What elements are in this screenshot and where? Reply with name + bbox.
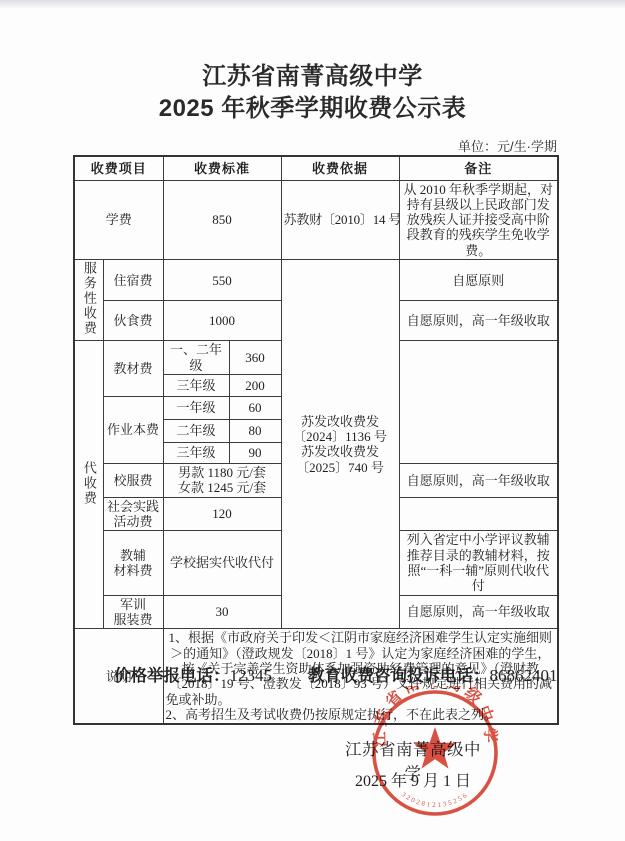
cell-uniform-value: 男款 1180 元/套 女款 1245 元/套 [163, 464, 281, 498]
cell-workbook-name: 作业本费 [103, 397, 163, 464]
cell-practice-value: 120 [163, 497, 281, 531]
cell-meals-value: 1000 [163, 301, 281, 341]
cell-remark-empty-practice [399, 497, 558, 531]
fee-disclosure-document: 江苏省南菁高级中学 2025 年秋季学期收费公示表 单位：元/生·学期 收费项目… [0, 0, 625, 841]
cell-workbook-grade2-value: 80 [229, 420, 281, 443]
cell-lodging-remark: 自愿原则 [399, 260, 558, 301]
cell-practice-name: 社会实践 活动费 [103, 497, 163, 531]
cell-tuition-remark: 从 2010 年秋季学期起，对持有县级以上民政部门发放残疾人证并接受高中阶段教育… [399, 180, 558, 260]
service-group-label: 服务性收费 [82, 261, 96, 336]
unit-note: 单位：元/生·学期 [73, 136, 557, 155]
cell-military-remark: 自愿原则，高一年级收取 [399, 595, 558, 629]
header-remark: 备注 [399, 156, 558, 180]
cell-military-name: 军训 服装费 [103, 595, 163, 629]
header-basis: 收费依据 [281, 156, 399, 180]
header-item: 收费项目 [74, 156, 163, 180]
cell-workbook-grade1: 一年级 [163, 397, 229, 420]
cell-workbook-grade3-value: 90 [229, 443, 281, 464]
cell-remark-empty-books [399, 341, 558, 464]
cell-agency-group: 代收费 [74, 341, 103, 629]
cell-supplementary-remark: 列入省定中小学评议教辅推荐目录的教辅材料，按照“一科一辅”原则代收代付 [399, 531, 558, 595]
table-row-lodging: 服务性收费 住宿费 550 苏发改收费发 〔2024〕1136 号 苏发改收费发… [74, 260, 558, 301]
document-title: 2025 年秋季学期收费公示表 [0, 88, 625, 123]
edu-hotline: 教育收费咨询投诉电话：86862401 [308, 662, 558, 686]
cell-lodging-value: 550 [163, 260, 281, 301]
cell-textbook-name: 教材费 [103, 341, 163, 397]
cell-textbook-grade3-value: 200 [229, 375, 281, 397]
cell-workbook-grade3: 三年级 [163, 443, 229, 464]
price-hotline-number: 12345 [230, 666, 273, 685]
cell-meals-remark: 自愿原则，高一年级收取 [399, 301, 558, 341]
cell-meals-name: 伙食费 [103, 301, 163, 341]
header-standard: 收费标准 [163, 156, 281, 180]
hotline-bar: 价格举报电话：12345 教育收费咨询投诉电话：86862401 [114, 662, 558, 686]
cell-service-group: 服务性收费 [74, 260, 103, 341]
cell-agency-basis: 苏发改收费发 〔2024〕1136 号 苏发改收费发 〔2025〕740 号 [281, 260, 399, 629]
fee-table: 收费项目 收费标准 收费依据 备注 学费 850 苏教财〔2010〕14 号 从… [73, 155, 559, 725]
seal-serial-textpath: 3202812135256 [400, 791, 470, 809]
cell-workbook-grade2: 二年级 [163, 420, 229, 443]
edu-hotline-number: 86862401 [490, 666, 558, 685]
price-hotline-label: 价格举报电话： [114, 667, 230, 685]
document-school-title: 江苏省南菁高级中学 [0, 56, 625, 91]
cell-tuition-name: 学费 [74, 180, 163, 260]
table-header-row: 收费项目 收费标准 收费依据 备注 [74, 156, 558, 180]
cell-supplementary-value: 学校据实代收代付 [163, 531, 281, 595]
cell-textbook-grade3: 三年级 [163, 375, 229, 397]
cell-textbook-grade12-value: 360 [229, 341, 281, 375]
cell-uniform-name: 校服费 [103, 464, 163, 498]
cell-uniform-remark: 自愿原则，高一年级收取 [399, 464, 558, 498]
table-row-tuition: 学费 850 苏教财〔2010〕14 号 从 2010 年秋季学期起，对持有县级… [74, 180, 558, 260]
cell-workbook-grade1-value: 60 [229, 397, 281, 420]
seal-star-icon [413, 727, 457, 769]
cell-military-value: 30 [163, 595, 281, 629]
edu-hotline-label: 教育收费咨询投诉电话： [308, 667, 490, 685]
seal-serial-number: 3202812135256 [400, 791, 470, 809]
agency-group-label: 代收费 [82, 461, 96, 506]
cell-tuition-value: 850 [163, 180, 281, 260]
price-hotline: 价格举报电话：12345 [114, 662, 272, 686]
cell-tuition-basis: 苏教财〔2010〕14 号 [281, 180, 399, 260]
school-seal: 江苏省南菁高级中学 3202812135256 [368, 686, 502, 820]
cell-lodging-name: 住宿费 [103, 260, 163, 301]
cell-supplementary-name: 教辅 材料费 [103, 531, 163, 595]
cell-textbook-grade12: 一、二年级 [163, 341, 229, 375]
